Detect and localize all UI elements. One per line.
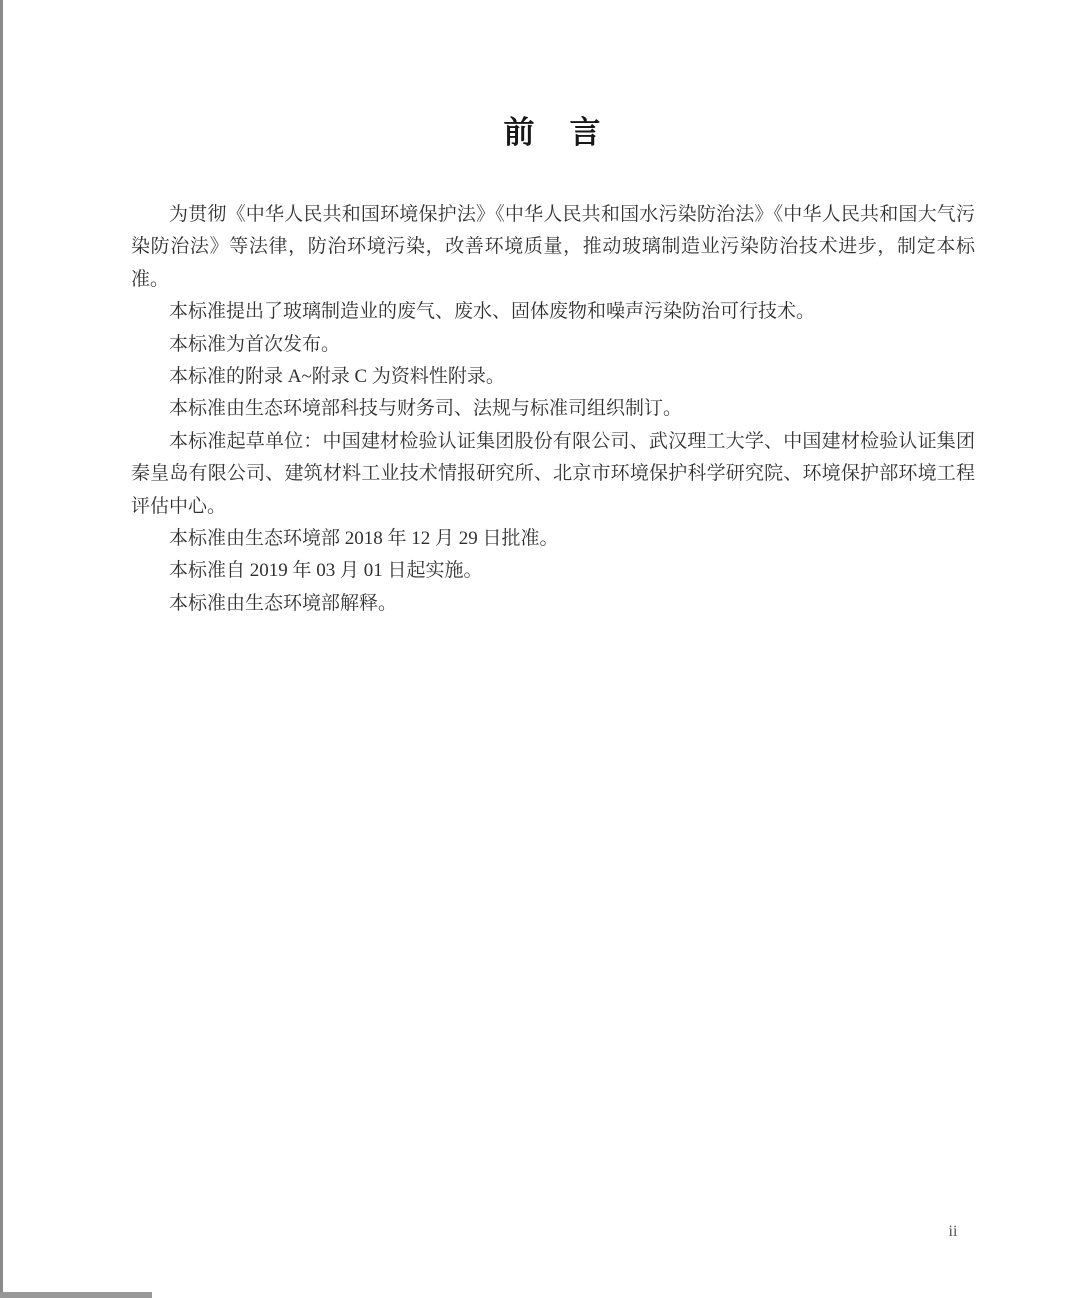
page-number: ii bbox=[938, 1222, 968, 1242]
foreword-paragraph-3: 本标准为首次发布。 bbox=[131, 329, 975, 361]
foreword-paragraph-7: 本标准由生态环境部 2018 年 12 月 29 日批准。 bbox=[131, 523, 975, 555]
foreword-paragraph-2: 本标准提出了玻璃制造业的废气、废水、固体废物和噪声污染防治可行技术。 bbox=[131, 296, 975, 328]
foreword-paragraph-1: 为贯彻《中华人民共和国环境保护法》《中华人民共和国水污染防治法》《中华人民共和国… bbox=[131, 199, 975, 296]
foreword-paragraph-5: 本标准由生态环境部科技与财务司、法规与标准司组织制订。 bbox=[131, 393, 975, 425]
scan-edge-left bbox=[0, 0, 3, 1298]
foreword-paragraph-4: 本标准的附录 A~附录 C 为资料性附录。 bbox=[131, 361, 975, 393]
scan-edge-bottom-left bbox=[0, 1292, 152, 1298]
document-page: 前 言 为贯彻《中华人民共和国环境保护法》《中华人民共和国水污染防治法》《中华人… bbox=[0, 0, 1071, 1298]
foreword-paragraph-8: 本标准自 2019 年 03 月 01 日起实施。 bbox=[131, 555, 975, 587]
foreword-section: 前 言 为贯彻《中华人民共和国环境保护法》《中华人民共和国水污染防治法》《中华人… bbox=[131, 113, 975, 620]
foreword-paragraph-9: 本标准由生态环境部解释。 bbox=[131, 588, 975, 620]
page-title: 前 言 bbox=[131, 113, 975, 153]
foreword-paragraph-6: 本标准起草单位：中国建材检验认证集团股份有限公司、武汉理工大学、中国建材检验认证… bbox=[131, 426, 975, 523]
